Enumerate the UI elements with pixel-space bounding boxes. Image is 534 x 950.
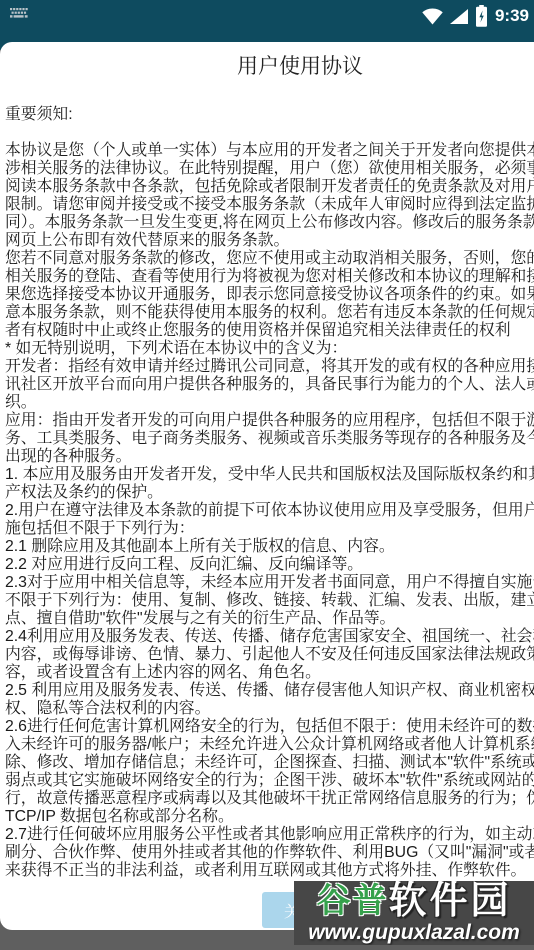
agreement-paragraph: 您若不同意对服务条款的修改，您应不使用或主动取消相关服务，否则，您的任何对相关服…: [5, 250, 534, 340]
agreement-dialog: 用户使用协议 重要须知: 本协议是您（个人或单一实体）与本应用的开发者之间关于开…: [0, 42, 534, 930]
watermark-logo-green: 谷普: [316, 881, 388, 921]
agreement-paragraph: 2.4利用应用及服务发表、传送、传播、储存危害国家安全、祖国统一、社会稳定的内容…: [5, 628, 534, 682]
agreement-paragraph: [5, 124, 534, 142]
agreement-paragraph: 2.7进行任何破坏应用服务公平性或者其他影响应用正常秩序的行为，如主动或被动刷分…: [5, 826, 534, 880]
agreement-paragraph: * 如无特别说明，下列术语在本协议中的含义为：: [5, 340, 534, 358]
status-bar-left: [10, 8, 28, 20]
watermark-logo: 谷普 软件园: [294, 881, 534, 921]
keyboard-icon: [10, 8, 28, 20]
dialog-title: 用户使用协议: [0, 55, 534, 79]
site-watermark: 谷普 软件园 www.gupuxlazal.com: [294, 881, 534, 945]
watermark-logo-rest: 软件园: [388, 881, 511, 921]
agreement-text-scroll[interactable]: 重要须知: 本协议是您（个人或单一实体）与本应用的开发者之间关于开发者向您提供本…: [0, 106, 534, 880]
agreement-paragraph: 2.6进行任何危害计算机网络安全的行为，包括但不限于：使用未经许可的数据或进入未…: [5, 718, 534, 826]
agreement-paragraph: 2.2 对应用进行反向工程、反向汇编、反向编译等。: [5, 556, 534, 574]
agreement-paragraph: 2.5 利用应用及服务发表、传送、传播、储存侵害他人知识产权、商业机密权、肖像权…: [5, 682, 534, 718]
status-time: 9:39: [495, 4, 529, 28]
agreement-paragraph: 2.1 删除应用及其他副本上所有关于版权的信息、内容。: [5, 538, 534, 556]
wifi-icon: [422, 8, 443, 25]
agreement-paragraph: 1. 本应用及服务由开发者开发，受中华人民共和国版权法及国际版权条约和其他知识产…: [5, 466, 534, 502]
status-bar-right: 9:39: [422, 4, 529, 28]
agreement-paragraph: 2.用户在遵守法律及本条款的前提下可依本协议使用应用及享受服务，但用户不得实施包…: [5, 502, 534, 538]
watermark-url: www.gupuxlazal.com: [294, 922, 534, 944]
agreement-paragraph: 本协议是您（个人或单一实体）与本应用的开发者之间关于开发者向您提供本应用所涉相关…: [5, 142, 534, 250]
cellular-signal-icon: [450, 9, 468, 24]
agreement-paragraph: 开发者：指经有效申请并经过腾讯公司同意，将其开发的或有权的各种应用接入到腾讯社区…: [5, 358, 534, 412]
battery-charging-icon: [475, 5, 488, 27]
agreement-paragraph: 应用：指由开发者开发的可向用户提供各种服务的应用程序，包括但不限于游戏类服务、工…: [5, 412, 534, 466]
screen: 9:39 用户使用协议 重要须知: 本协议是您（个人或单一实体）与本应用的开发者…: [0, 0, 534, 950]
agreement-paragraph: 2.3对于应用中相关信息等，未经本应用开发者书面同意，用户不得擅自实施包括但不限…: [5, 574, 534, 628]
agreement-paragraph: 重要须知:: [5, 106, 534, 124]
